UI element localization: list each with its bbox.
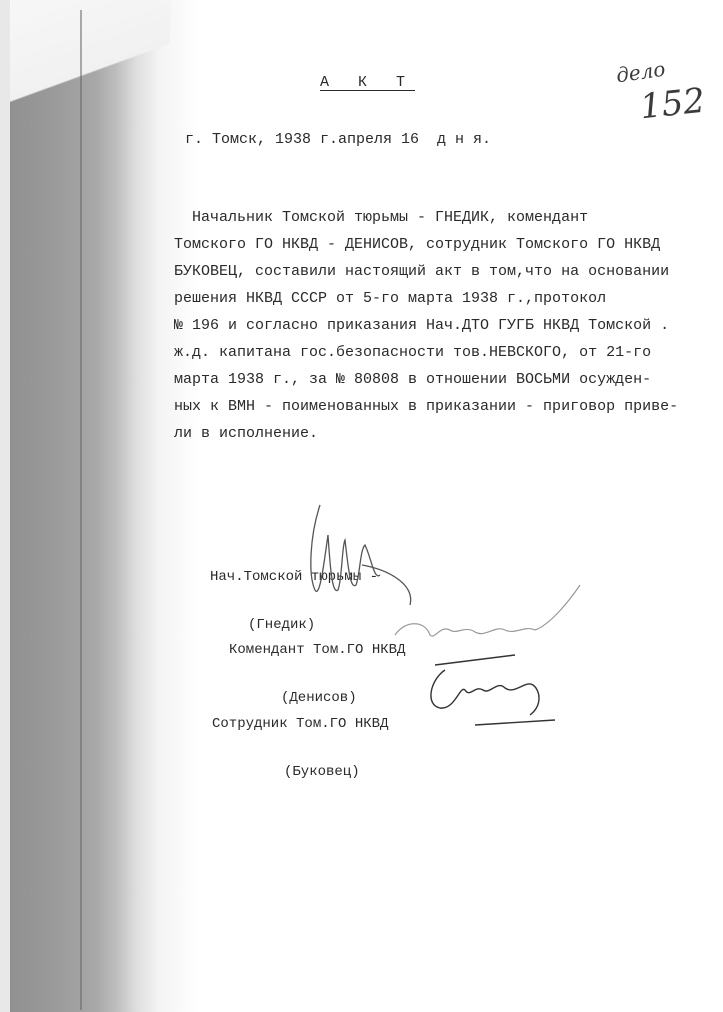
signer-title: Сотрудник Том.ГО НКВД: [212, 716, 388, 732]
body-line: ли в исполнение.: [174, 420, 719, 447]
act-body: Начальник Томской тюрьмы - ГНЕДИК, комен…: [174, 204, 719, 447]
body-line: марта 1938 г., за № 80808 в отношении ВО…: [174, 366, 719, 393]
place-date: г. Томск, 1938 г.апреля 16 д н я.: [185, 131, 491, 148]
body-line: Томского ГО НКВД - ДЕНИСОВ, сотрудник То…: [174, 231, 719, 258]
binding-crease: [80, 10, 82, 1010]
signer-name: (Буковец): [212, 764, 388, 780]
document-title: А К Т: [320, 74, 415, 91]
page-number: 152: [638, 81, 707, 128]
handwritten-signature-bukovets: [415, 650, 565, 730]
body-line: БУКОВЕЦ, составили настоящий акт в том,ч…: [174, 258, 719, 285]
signer-title: Нач.Томской тюрьмы -: [210, 569, 378, 585]
page-edge: [0, 0, 10, 1012]
archive-mark: дело: [615, 57, 667, 88]
paper-fold: [10, 0, 170, 110]
signer-title: Комендант Том.ГО НКВД: [229, 642, 405, 658]
body-line: ж.д. капитана гос.безопасности тов.НЕВСК…: [174, 339, 719, 366]
body-line: решения НКВД СССР от 5-го марта 1938 г.,…: [174, 285, 719, 312]
body-line: Начальник Томской тюрьмы - ГНЕДИК, комен…: [174, 204, 719, 231]
handwritten-signature-denisov: [385, 580, 585, 660]
body-line: № 196 и согласно приказания Нач.ДТО ГУГБ…: [174, 312, 719, 339]
binding-shadow: [0, 0, 200, 1012]
signature-block-officer: Сотрудник Том.ГО НКВД (Буковец): [212, 684, 388, 796]
body-line: ных к ВМН - поименованных в приказании -…: [174, 393, 719, 420]
